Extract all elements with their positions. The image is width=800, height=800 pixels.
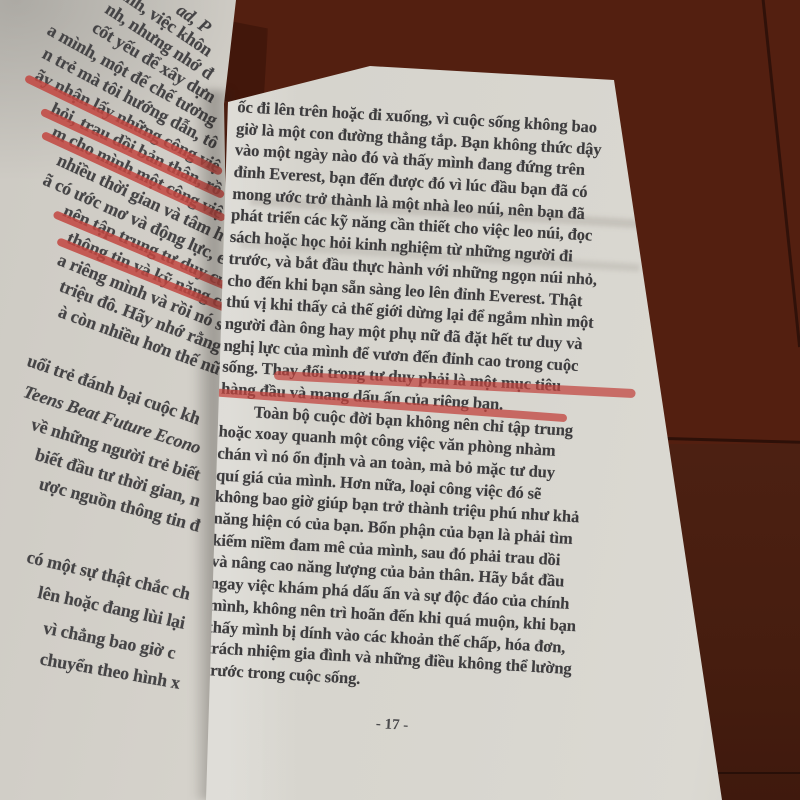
- wood-plank-seam-bottom: [716, 772, 800, 774]
- book-photo: { "left_page": { "lines": [ {"text": "ad…: [0, 0, 800, 800]
- right-page-text-block: ốc đi lên trên hoặc đi xuống, vì cuộc số…: [202, 96, 658, 749]
